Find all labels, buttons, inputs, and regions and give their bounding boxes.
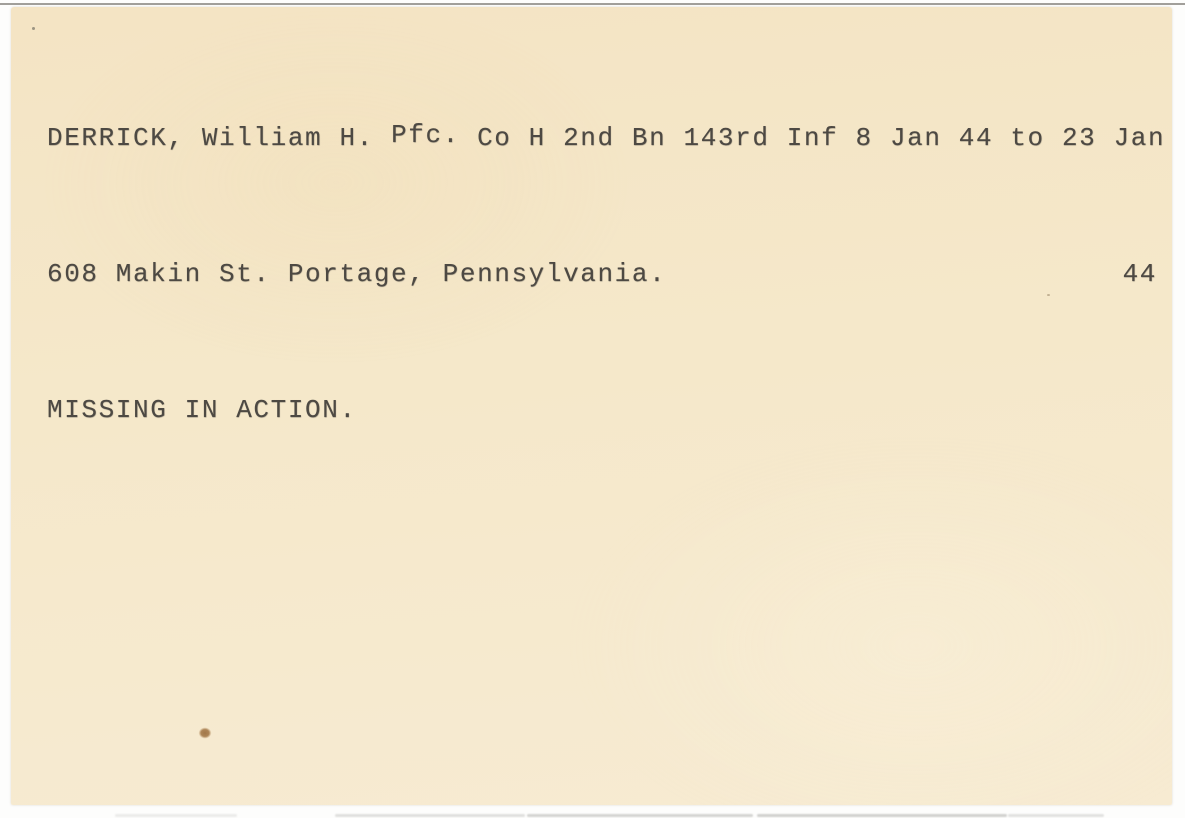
typed-text-block: DERRICK, William H. Pfc. Co H 2nd Bn 143… <box>47 53 1165 495</box>
card-unit-dates-text: Co H 2nd Bn 143rd Inf 8 Jan 44 to 23 Jan <box>460 123 1165 153</box>
scan-artifact-smudge <box>335 814 525 817</box>
age-spot <box>197 726 213 740</box>
scan-edge-line <box>0 3 1185 5</box>
card-line-address: 608 Makin St. Portage, Pennsylvania.44 <box>47 257 1157 291</box>
dust-speck <box>1047 294 1050 296</box>
scan-artifact-smudge <box>1008 814 1104 817</box>
card-line-service-record: DERRICK, William H. Pfc. Co H 2nd Bn 143… <box>47 121 1165 155</box>
card-line-status: MISSING IN ACTION. <box>47 393 1165 427</box>
dust-speck <box>32 27 35 30</box>
card-rank-text: Pfc. <box>391 118 460 152</box>
card-address-text: 608 Makin St. Portage, Pennsylvania. <box>47 257 666 291</box>
index-card: DERRICK, William H. Pfc. Co H 2nd Bn 143… <box>11 7 1172 805</box>
scan-artifact-smudge <box>115 814 237 817</box>
scan-artifact-smudge <box>527 814 753 817</box>
scan-artifact-smudge <box>757 814 1007 817</box>
card-name-text: DERRICK, William H. <box>47 123 391 153</box>
card-year-text: 44 <box>1123 257 1157 291</box>
